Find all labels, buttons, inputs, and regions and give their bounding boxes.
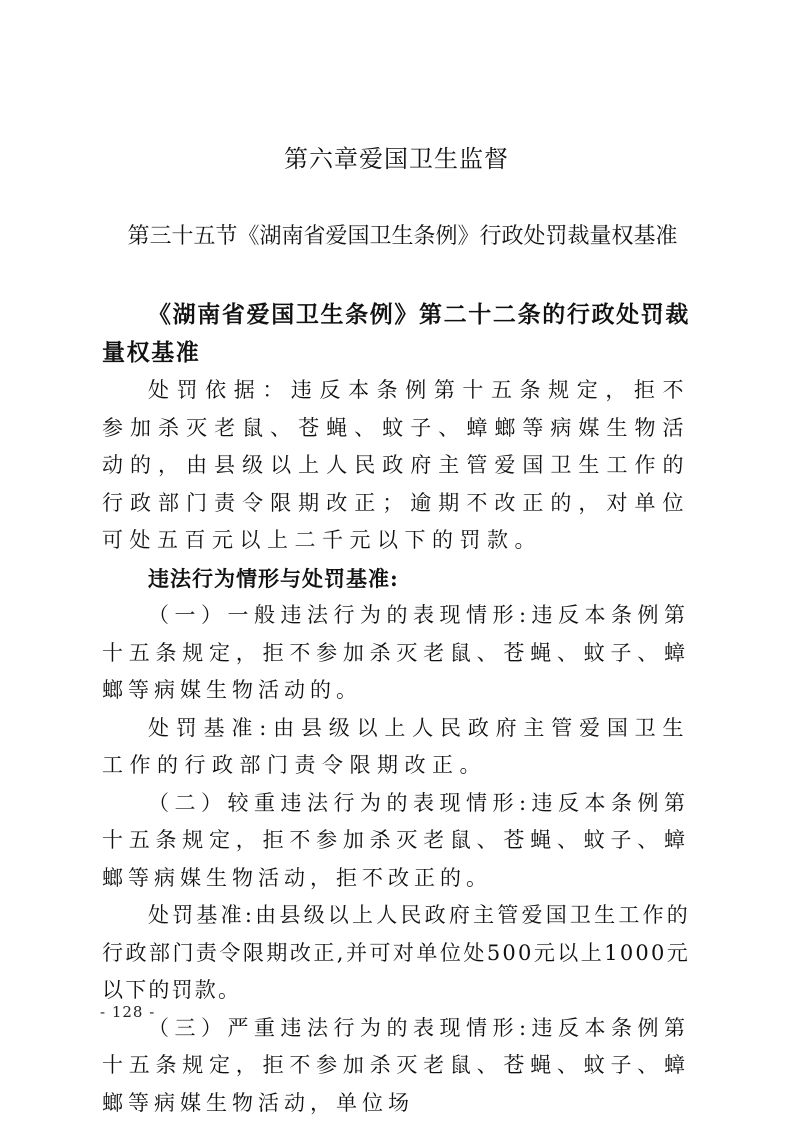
item-1-standard: 处罚基准:由县级以上人民政府主管爱国卫生工作的行政部门责令限期改正。 [102,710,690,785]
chapter-title: 第六章爱国卫生监督 [0,144,793,174]
item-2-standard: 处罚基准:由县级以上人民政府主管爱国卫生工作的行政部门责令限期改正,并可对单位处… [102,897,690,1010]
item-3-situation: （三）严重违法行为的表现情形:违反本条例第十五条规定，拒不参加杀灭老鼠、苍蝇、蚊… [102,1010,690,1122]
section-title: 第三十五节《湖南省爱国卫生条例》行政处罚裁量权基准 [0,222,793,252]
document-body: 《湖南省爱国卫生条例》第二十二条的行政处罚裁量权基准 处罚依据：违反本条例第十五… [102,296,690,1122]
document-page: 第六章爱国卫生监督 第三十五节《湖南省爱国卫生条例》行政处罚裁量权基准 《湖南省… [0,0,793,1122]
page-number: - 128 - [100,1003,155,1021]
penalty-basis-paragraph: 处罚依据：违反本条例第十五条规定，拒不参加杀灭老鼠、苍蝇、蚊子、蟑螂等病媒生物活… [102,372,690,560]
item-2-situation: （二）较重违法行为的表现情形:违反本条例第十五条规定，拒不参加杀灭老鼠、苍蝇、蚊… [102,785,690,898]
article-heading: 《湖南省爱国卫生条例》第二十二条的行政处罚裁量权基准 [102,296,690,372]
criteria-heading: 违法行为情形与处罚基准: [102,560,690,598]
item-1-situation: （一）一般违法行为的表现情形:违反本条例第十五条规定，拒不参加杀灭老鼠、苍蝇、蚊… [102,597,690,710]
